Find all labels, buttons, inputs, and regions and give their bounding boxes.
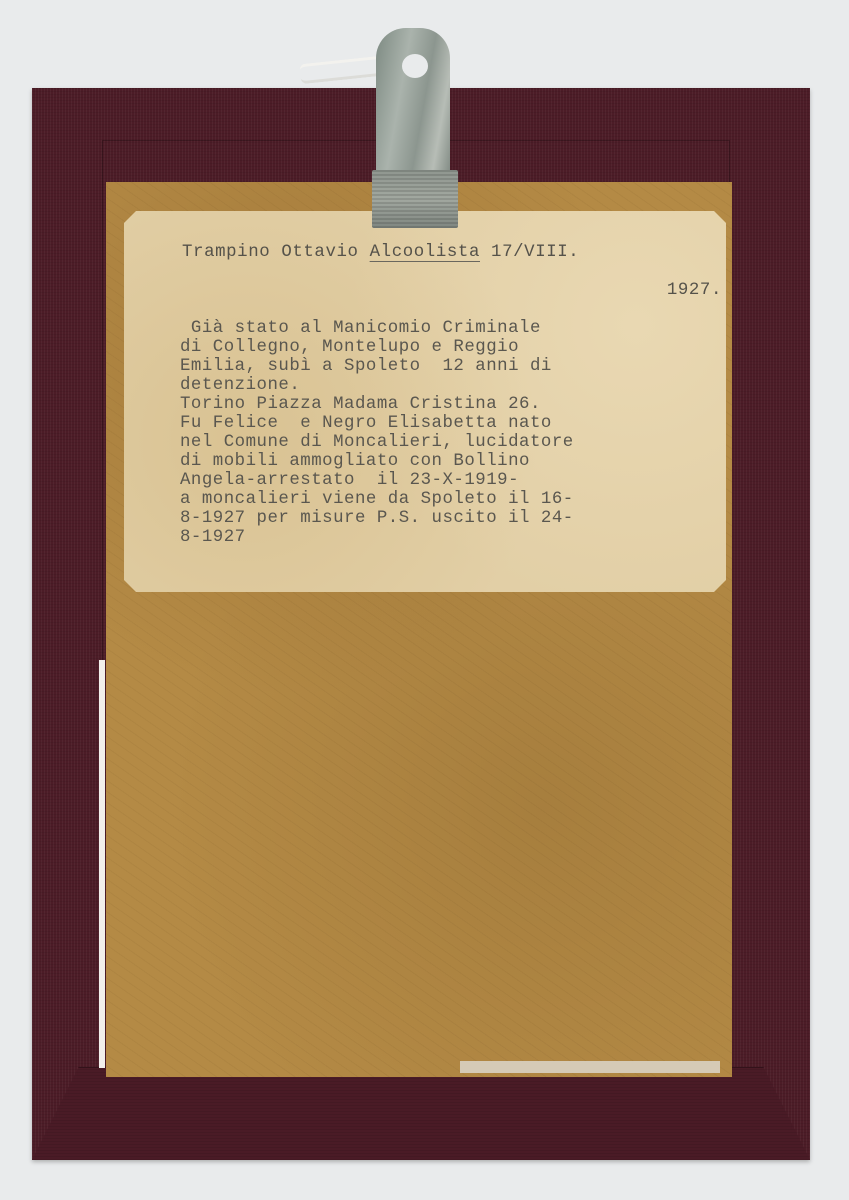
label-body: Già stato al Manicomio Criminaledi Colle…: [180, 319, 574, 547]
body-line: Emilia, subì a Spoleto 12 anni di: [180, 357, 574, 376]
hanger-tab: [376, 28, 450, 188]
body-line: Già stato al Manicomio Criminale: [180, 319, 574, 338]
paper-residue-strip: [460, 1061, 720, 1073]
body-line: Angela-arrestato il 23-X-1919-: [180, 471, 574, 490]
record-label-card: Trampino Ottavio Alcoolista 17/VIII. 192…: [124, 211, 726, 592]
body-line: di mobili ammogliato con Bollino: [180, 452, 574, 471]
board-white-edge: [99, 660, 105, 1068]
heading-year: 1927.: [667, 281, 722, 300]
body-line: di Collegno, Montelupo e Reggio: [180, 338, 574, 357]
classification: Alcoolista: [370, 243, 480, 262]
body-line: Fu Felice e Negro Elisabetta nato: [180, 414, 574, 433]
label-heading: Trampino Ottavio Alcoolista 17/VIII.: [182, 243, 579, 262]
heading-date: 17/VIII.: [491, 243, 579, 262]
body-line: a moncalieri viene da Spoleto il 16-: [180, 490, 574, 509]
hanger-hole: [402, 54, 428, 78]
body-line: 8-1927: [180, 528, 574, 547]
body-line: Torino Piazza Madama Cristina 26.: [180, 395, 574, 414]
hanger-clip: [372, 170, 458, 228]
frame-bottom-fold: [32, 1067, 810, 1160]
body-line: nel Comune di Moncalieri, lucidatore: [180, 433, 574, 452]
metal-hanger-icon: [372, 20, 458, 228]
body-line: 8-1927 per misure P.S. uscito il 24-: [180, 509, 574, 528]
subject-name: Trampino Ottavio: [182, 243, 359, 262]
body-line: detenzione.: [180, 376, 574, 395]
